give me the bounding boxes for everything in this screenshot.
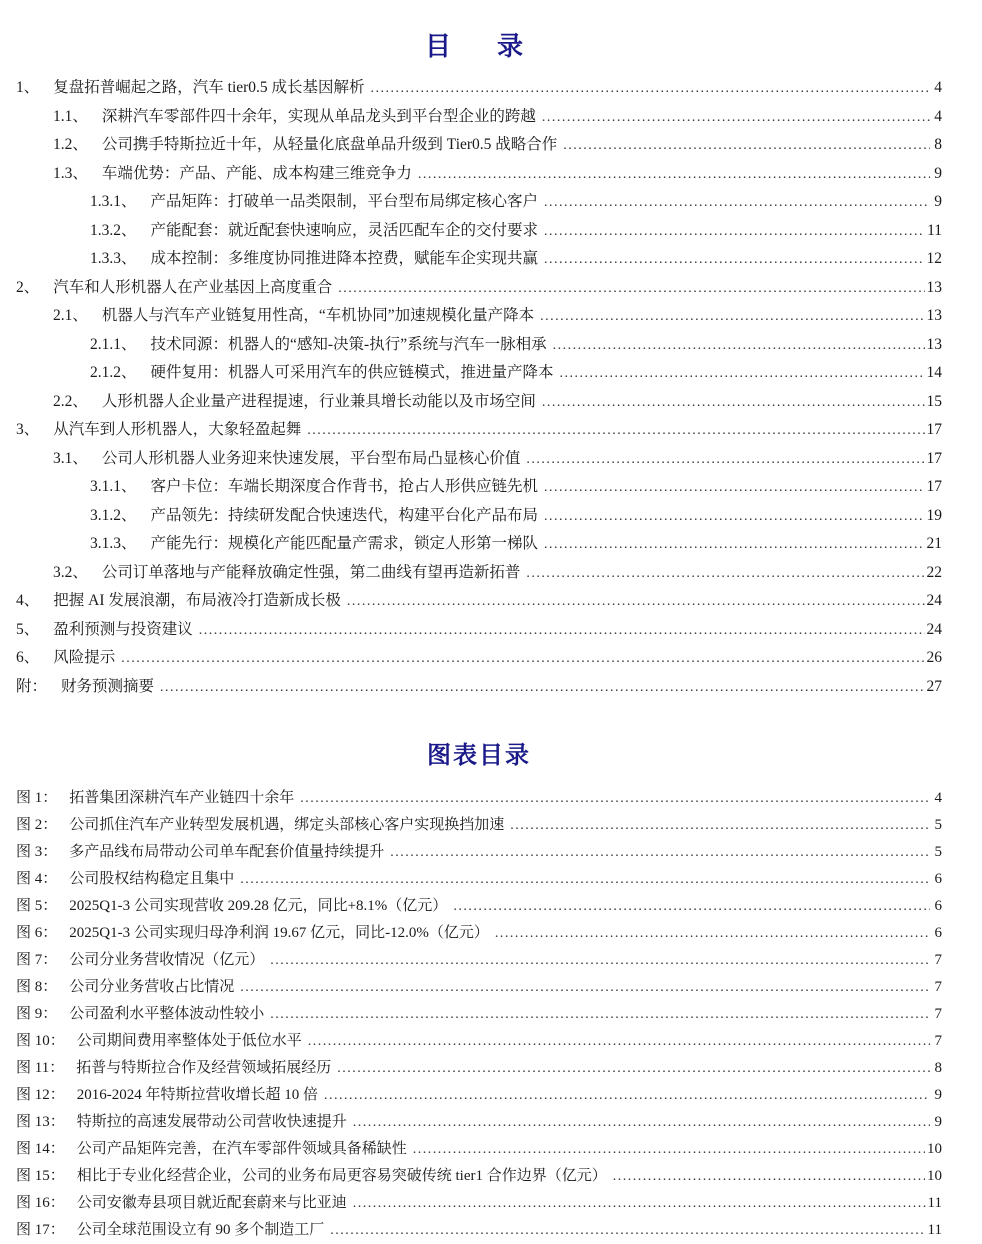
figure-entry-title: 特斯拉的高速发展带动公司营收快速提升 xyxy=(77,1109,347,1136)
figure-entry-page-number: 5 xyxy=(932,839,942,866)
figure-entry-page-number: 9 xyxy=(932,1082,942,1109)
figure-entry-number: 图 8： xyxy=(16,974,57,1001)
toc-entry-number: 3.2、 xyxy=(53,559,88,587)
dot-leader xyxy=(544,217,925,246)
toc-entry[interactable]: 3.1.2、产品领先：持续研发配合快速迭代，构建平台化产品布局19 xyxy=(16,502,942,531)
figure-entry-number: 图 3： xyxy=(16,839,57,866)
toc-entry-number: 2.1.1、 xyxy=(90,331,137,359)
figure-entry-title: 公司全球范围设立有 90 多个制造工厂 xyxy=(77,1217,325,1244)
figure-entry-page-number: 4 xyxy=(932,785,942,812)
figure-entry-title: 公司股权结构稳定且集中 xyxy=(69,866,234,893)
dot-leader xyxy=(121,644,924,673)
toc-entry[interactable]: 1.3、车端优势：产品、产能、成本构建三维竞争力9 xyxy=(16,160,942,189)
toc-entry[interactable]: 1.3.3、成本控制：多维度协同推进降本控费，赋能车企实现共赢12 xyxy=(16,245,942,274)
toc-entry-number: 1.1、 xyxy=(53,103,88,131)
figure-entry-title: 公司分业务营收情况（亿元） xyxy=(69,947,264,974)
toc-entry-page-number: 13 xyxy=(927,302,943,330)
dot-leader xyxy=(330,1217,925,1244)
toc-entry[interactable]: 3.2、公司订单落地与产能释放确定性强，第二曲线有望再造新拓普22 xyxy=(16,559,942,588)
toc-entry-number: 2.1、 xyxy=(53,302,88,330)
toc-entry-page-number: 12 xyxy=(927,245,943,273)
dot-leader xyxy=(353,1109,930,1136)
dot-leader xyxy=(560,359,925,388)
toc-entry-number: 3.1.3、 xyxy=(90,530,137,558)
figure-entry-number: 图 2： xyxy=(16,812,57,839)
toc-entry[interactable]: 2.1.2、硬件复用：机器人可采用汽车的供应链模式，推进量产降本14 xyxy=(16,359,942,388)
dot-leader xyxy=(338,274,924,303)
toc-entry[interactable]: 3.1.1、客户卡位：车端长期深度合作背书，抢占人形供应链先机17 xyxy=(16,473,942,502)
figure-entry[interactable]: 图 3：多产品线布局带动公司单车配套价值量持续提升5 xyxy=(16,839,942,866)
toc-entry-page-number: 8 xyxy=(932,131,942,159)
toc-entry-number: 1.3、 xyxy=(53,160,88,188)
toc-entry-page-number: 4 xyxy=(932,103,942,131)
dot-leader xyxy=(390,839,930,866)
dot-leader xyxy=(240,866,930,893)
figure-entry[interactable]: 图 9：公司盈利水平整体波动性较小7 xyxy=(16,1001,942,1028)
figure-entry-number: 图 1： xyxy=(16,785,57,812)
figure-entry-number: 图 12： xyxy=(16,1082,65,1109)
toc-entry-page-number: 13 xyxy=(927,331,943,359)
toc-entry[interactable]: 3、从汽车到人形机器人，大象轻盈起舞17 xyxy=(16,416,942,445)
toc-entry-title: 公司人形机器人业务迎来快速发展，平台型布局凸显核心价值 xyxy=(102,445,521,473)
toc-entry-page-number: 19 xyxy=(927,502,943,530)
toc-entry-title: 技术同源：机器人的“感知-决策-执行”系统与汽车一脉相承 xyxy=(151,331,547,359)
figure-entry-number: 图 10： xyxy=(16,1028,65,1055)
toc-entry-page-number: 13 xyxy=(927,274,943,302)
toc-entry[interactable]: 1、复盘拓普崛起之路，汽车 tier0.5 成长基因解析4 xyxy=(16,74,942,103)
toc-entry-title: 汽车和人形机器人在产业基因上高度重合 xyxy=(53,274,332,302)
dot-leader xyxy=(544,188,930,217)
toc-entry-title: 产品矩阵：打破单一品类限制，平台型布局绑定核心客户 xyxy=(151,188,539,216)
toc-title: 目 录 xyxy=(16,30,942,64)
toc-entry-title: 硬件复用：机器人可采用汽车的供应链模式，推进量产降本 xyxy=(151,359,554,387)
figure-entry-number: 图 11： xyxy=(16,1055,64,1082)
figure-entry-page-number: 6 xyxy=(932,893,942,920)
dot-leader xyxy=(540,302,924,331)
dot-leader xyxy=(526,559,924,588)
toc-entry-page-number: 27 xyxy=(927,673,943,701)
toc-entry[interactable]: 1.3.2、产能配套：就近配套快速响应，灵活匹配车企的交付要求11 xyxy=(16,217,942,246)
toc-entry[interactable]: 1.3.1、产品矩阵：打破单一品类限制，平台型布局绑定核心客户9 xyxy=(16,188,942,217)
toc-entry-number: 附： xyxy=(16,673,47,701)
figure-entry-number: 图 17： xyxy=(16,1217,65,1244)
figure-entry-page-number: 10 xyxy=(927,1136,942,1163)
figure-entry-title: 公司分业务营收占比情况 xyxy=(69,974,234,1001)
dot-leader xyxy=(353,1190,926,1217)
figure-entry-page-number: 11 xyxy=(928,1190,942,1217)
toc-page: 目 录 1、复盘拓普崛起之路，汽车 tier0.5 成长基因解析41.1、深耕汽… xyxy=(0,0,982,1244)
toc-entry-page-number: 24 xyxy=(927,587,943,615)
figure-entry-title: 2025Q1-3 公司实现营收 209.28 亿元，同比+8.1%（亿元） xyxy=(69,893,447,920)
toc-entry-page-number: 21 xyxy=(927,530,943,558)
figure-entry[interactable]: 图 1：拓普集团深耕汽车产业链四十余年4 xyxy=(16,785,942,812)
figure-entry[interactable]: 图 7：公司分业务营收情况（亿元）7 xyxy=(16,947,942,974)
figure-entry-page-number: 7 xyxy=(932,974,942,1001)
dot-leader xyxy=(418,160,930,189)
figure-entry-title: 公司盈利水平整体波动性较小 xyxy=(69,1001,264,1028)
figure-entry-title: 2025Q1-3 公司实现归母净利润 19.67 亿元，同比-12.0%（亿元） xyxy=(69,920,489,947)
toc-entry-page-number: 17 xyxy=(927,473,943,501)
figure-entry-page-number: 6 xyxy=(932,920,942,947)
figure-entry-page-number: 7 xyxy=(932,1001,942,1028)
toc-entry-number: 3.1.1、 xyxy=(90,473,137,501)
dot-leader xyxy=(544,245,924,274)
toc-entry-number: 1、 xyxy=(16,74,39,102)
toc-entry-number: 2.2、 xyxy=(53,388,88,416)
figure-entry[interactable]: 图 4：公司股权结构稳定且集中6 xyxy=(16,866,942,893)
toc-entry-page-number: 22 xyxy=(927,559,943,587)
dot-leader xyxy=(553,331,925,360)
figure-entry[interactable]: 图 6：2025Q1-3 公司实现归母净利润 19.67 亿元，同比-12.0%… xyxy=(16,920,942,947)
dot-leader xyxy=(613,1163,925,1190)
toc-entry[interactable]: 1.2、公司携手特斯拉近十年，从轻量化底盘单品升级到 Tier0.5 战略合作8 xyxy=(16,131,942,160)
figure-entry-title: 相比于专业化经营企业，公司的业务布局更容易突破传统 tier1 合作边界（亿元） xyxy=(77,1163,607,1190)
toc-entry[interactable]: 4、把握 AI 发展浪潮，布局液冷打造新成长极24 xyxy=(16,587,942,616)
toc-entry-page-number: 9 xyxy=(932,160,942,188)
toc-entry-title: 人形机器人企业量产进程提速，行业兼具增长动能以及市场空间 xyxy=(102,388,536,416)
toc-entry-number: 3、 xyxy=(16,416,39,444)
toc-entry-title: 成本控制：多维度协同推进降本控费，赋能车企实现共赢 xyxy=(151,245,539,273)
dot-leader xyxy=(308,1028,930,1055)
figure-entry-page-number: 8 xyxy=(932,1055,942,1082)
figure-entry-page-number: 10 xyxy=(927,1163,942,1190)
figure-entry[interactable]: 图 12：2016-2024 年特斯拉营收增长超 10 倍9 xyxy=(16,1082,942,1109)
figure-entry[interactable]: 图 13：特斯拉的高速发展带动公司营收快速提升9 xyxy=(16,1109,942,1136)
dot-leader xyxy=(199,616,925,645)
toc-entry-title: 产能配套：就近配套快速响应，灵活匹配车企的交付要求 xyxy=(151,217,539,245)
toc-entry-number: 2、 xyxy=(16,274,39,302)
figure-entry-title: 公司安徽寿县项目就近配套蔚来与比亚迪 xyxy=(77,1190,347,1217)
toc-entry-title: 把握 AI 发展浪潮，布局液冷打造新成长极 xyxy=(53,587,341,615)
toc-entry-page-number: 14 xyxy=(927,359,943,387)
toc-entry[interactable]: 2.1、机器人与汽车产业链复用性高，“车机协同”加速规模化量产降本13 xyxy=(16,302,942,331)
toc-entry[interactable]: 3.1.3、产能先行：规模化产能匹配量产需求，锁定人形第一梯队21 xyxy=(16,530,942,559)
figure-entry[interactable]: 图 11：拓普与特斯拉合作及经营领域拓展经历8 xyxy=(16,1055,942,1082)
dot-leader xyxy=(544,473,924,502)
figure-entry-number: 图 13： xyxy=(16,1109,65,1136)
figure-entry-number: 图 5： xyxy=(16,893,57,920)
figure-entry-number: 图 14： xyxy=(16,1136,65,1163)
toc-entry-number: 1.3.2、 xyxy=(90,217,137,245)
toc-entry[interactable]: 2.1.1、技术同源：机器人的“感知-决策-执行”系统与汽车一脉相承13 xyxy=(16,331,942,360)
toc-entry-page-number: 17 xyxy=(927,416,943,444)
figure-entry-number: 图 4： xyxy=(16,866,57,893)
toc-entry-page-number: 15 xyxy=(927,388,943,416)
figure-entry-title: 多产品线布局带动公司单车配套价值量持续提升 xyxy=(69,839,384,866)
toc-entry-page-number: 26 xyxy=(927,644,943,672)
dot-leader xyxy=(270,1001,930,1028)
toc-entry-page-number: 24 xyxy=(927,616,943,644)
toc-entry-title: 公司订单落地与产能释放确定性强，第二曲线有望再造新拓普 xyxy=(102,559,521,587)
figure-list: 图 1：拓普集团深耕汽车产业链四十余年4图 2：公司抓住汽车产业转型发展机遇，绑… xyxy=(16,785,942,1244)
figure-entry-page-number: 11 xyxy=(928,1217,942,1244)
toc-entry[interactable]: 3.1、公司人形机器人业务迎来快速发展，平台型布局凸显核心价值17 xyxy=(16,445,942,474)
dot-leader xyxy=(542,388,925,417)
dot-leader xyxy=(453,893,930,920)
toc-entry-title: 财务预测摘要 xyxy=(61,673,154,701)
figure-entry-title: 公司产品矩阵完善，在汽车零部件领域具备稀缺性 xyxy=(77,1136,407,1163)
toc-entry-number: 1.2、 xyxy=(53,131,88,159)
toc-entry-number: 3.1.2、 xyxy=(90,502,137,530)
figure-entry-number: 图 16： xyxy=(16,1190,65,1217)
toc-entry-title: 产能先行：规模化产能匹配量产需求，锁定人形第一梯队 xyxy=(151,530,539,558)
figure-entry-title: 拓普与特斯拉合作及经营领域拓展经历 xyxy=(76,1055,331,1082)
dot-leader xyxy=(544,530,924,559)
figure-entry-title: 公司期间费用率整体处于低位水平 xyxy=(77,1028,302,1055)
dot-leader xyxy=(337,1055,930,1082)
figure-entry-title: 2016-2024 年特斯拉营收增长超 10 倍 xyxy=(77,1082,318,1109)
dot-leader xyxy=(510,812,930,839)
figure-entry[interactable]: 图 10：公司期间费用率整体处于低位水平7 xyxy=(16,1028,942,1055)
figure-entry-page-number: 5 xyxy=(932,812,942,839)
figure-entry-page-number: 7 xyxy=(932,947,942,974)
toc-entry-number: 2.1.2、 xyxy=(90,359,137,387)
toc-entry[interactable]: 2.2、人形机器人企业量产进程提速，行业兼具增长动能以及市场空间15 xyxy=(16,388,942,417)
dot-leader xyxy=(542,103,930,132)
figure-entry-number: 图 6： xyxy=(16,920,57,947)
toc-entry-title: 客户卡位：车端长期深度合作背书，抢占人形供应链先机 xyxy=(151,473,539,501)
toc-entry-number: 4、 xyxy=(16,587,39,615)
figure-entry-page-number: 7 xyxy=(932,1028,942,1055)
figure-entry[interactable]: 图 5：2025Q1-3 公司实现营收 209.28 亿元，同比+8.1%（亿元… xyxy=(16,893,942,920)
figure-entry-title: 拓普集团深耕汽车产业链四十余年 xyxy=(69,785,294,812)
toc-entry-number: 3.1、 xyxy=(53,445,88,473)
figure-entry[interactable]: 图 16：公司安徽寿县项目就近配套蔚来与比亚迪11 xyxy=(16,1190,942,1217)
toc-entry-title: 从汽车到人形机器人，大象轻盈起舞 xyxy=(53,416,301,444)
toc-entry-page-number: 11 xyxy=(927,217,942,245)
dot-leader xyxy=(413,1136,925,1163)
dot-leader xyxy=(300,785,930,812)
figure-entry-number: 图 9： xyxy=(16,1001,57,1028)
figure-entry-title: 公司抓住汽车产业转型发展机遇，绑定头部核心客户实现换挡加速 xyxy=(69,812,504,839)
toc-entry-page-number: 17 xyxy=(927,445,943,473)
dot-leader xyxy=(495,920,930,947)
toc-entry-title: 车端优势：产品、产能、成本构建三维竞争力 xyxy=(102,160,412,188)
dot-leader xyxy=(160,673,924,702)
toc-entry-page-number: 9 xyxy=(932,188,942,216)
dot-leader xyxy=(240,974,930,1001)
figure-entry[interactable]: 图 8：公司分业务营收占比情况7 xyxy=(16,974,942,1001)
figure-entry[interactable]: 图 15：相比于专业化经营企业，公司的业务布局更容易突破传统 tier1 合作边… xyxy=(16,1163,942,1190)
toc-entry-title: 风险提示 xyxy=(53,644,115,672)
figure-entry[interactable]: 图 17：公司全球范围设立有 90 多个制造工厂11 xyxy=(16,1217,942,1244)
toc-entry-number: 1.3.1、 xyxy=(90,188,137,216)
figure-toc-title: 图表目录 xyxy=(16,741,942,771)
toc-entry[interactable]: 附：财务预测摘要27 xyxy=(16,673,942,702)
figure-entry-page-number: 9 xyxy=(932,1109,942,1136)
dot-leader xyxy=(270,947,930,974)
dot-leader xyxy=(371,74,930,103)
toc-entry[interactable]: 5、盈利预测与投资建议24 xyxy=(16,616,942,645)
toc-entry-title: 盈利预测与投资建议 xyxy=(53,616,193,644)
dot-leader xyxy=(544,502,924,531)
toc-entry[interactable]: 2、汽车和人形机器人在产业基因上高度重合13 xyxy=(16,274,942,303)
toc-entry-number: 6、 xyxy=(16,644,39,672)
toc-list: 1、复盘拓普崛起之路，汽车 tier0.5 成长基因解析41.1、深耕汽车零部件… xyxy=(16,74,942,701)
dot-leader xyxy=(324,1082,930,1109)
toc-entry-title: 复盘拓普崛起之路，汽车 tier0.5 成长基因解析 xyxy=(53,74,364,102)
figure-entry[interactable]: 图 14：公司产品矩阵完善，在汽车零部件领域具备稀缺性10 xyxy=(16,1136,942,1163)
figure-entry-number: 图 7： xyxy=(16,947,57,974)
toc-entry[interactable]: 1.1、深耕汽车零部件四十余年，实现从单品龙头到平台型企业的跨越4 xyxy=(16,103,942,132)
dot-leader xyxy=(307,416,924,445)
dot-leader xyxy=(563,131,930,160)
dot-leader xyxy=(347,587,925,616)
dot-leader xyxy=(526,445,924,474)
toc-entry-page-number: 4 xyxy=(932,74,942,102)
toc-entry[interactable]: 6、风险提示26 xyxy=(16,644,942,673)
toc-entry-title: 公司携手特斯拉近十年，从轻量化底盘单品升级到 Tier0.5 战略合作 xyxy=(102,131,557,159)
figure-entry[interactable]: 图 2：公司抓住汽车产业转型发展机遇，绑定头部核心客户实现换挡加速5 xyxy=(16,812,942,839)
figure-entry-page-number: 6 xyxy=(932,866,942,893)
toc-entry-number: 5、 xyxy=(16,616,39,644)
figure-entry-number: 图 15： xyxy=(16,1163,65,1190)
toc-entry-title: 机器人与汽车产业链复用性高，“车机协同”加速规模化量产降本 xyxy=(102,302,534,330)
toc-entry-number: 1.3.3、 xyxy=(90,245,137,273)
toc-entry-title: 产品领先：持续研发配合快速迭代，构建平台化产品布局 xyxy=(151,502,539,530)
toc-entry-title: 深耕汽车零部件四十余年，实现从单品龙头到平台型企业的跨越 xyxy=(102,103,536,131)
